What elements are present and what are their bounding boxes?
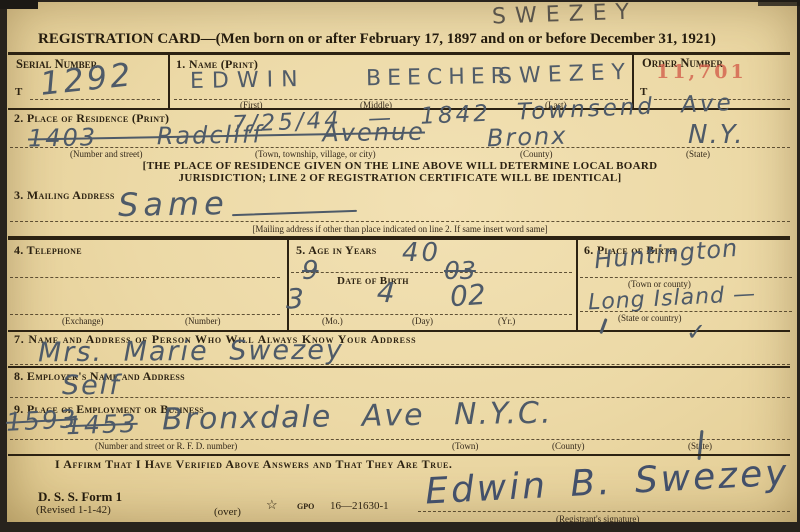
residence-sub-county: (County) — [520, 149, 553, 159]
birthplace-sub-state: (State or country) — [618, 313, 681, 323]
employment-corrected-number: 1453 — [66, 409, 139, 440]
dob-day: 4 — [376, 275, 396, 309]
residence-sub-town: (Town, township, village, or city) — [255, 149, 376, 159]
dob-sub-month: (Mo.) — [322, 316, 343, 326]
telephone-dotted-bottom — [10, 314, 280, 315]
dob-sub-year: (Yr.) — [498, 316, 515, 326]
board-note-line2: JURISDICTION; LINE 2 OF REGISTRATION CER… — [0, 172, 800, 184]
employment-sub-town: (Town) — [452, 441, 478, 451]
mailing-label: 3. Mailing Address — [14, 188, 115, 203]
name-middle-value: BEECHER — [366, 64, 512, 92]
residence-dotted-line — [10, 147, 790, 148]
residence-state: N.Y. — [688, 120, 745, 150]
telephone-sub-number: (Number) — [185, 316, 221, 326]
gpo-mark: GPO — [297, 502, 314, 511]
telephone-sub-exchange: (Exchange) — [62, 316, 103, 326]
employment-written-value: Bronxdale Ave N.Y.C. — [162, 396, 553, 438]
print-code: 16—21630-1 — [330, 500, 389, 512]
employment-sub-county: (County) — [552, 441, 585, 451]
scan-corner-topright — [758, 0, 800, 6]
employment-sub-street: (Number and street or R. F. D. number) — [95, 441, 237, 451]
age-dotted-bottom — [291, 314, 572, 315]
dob-label: Date of Birth — [337, 275, 409, 287]
telephone-dotted-mid — [10, 277, 280, 278]
residence-sub-street: (Number and street) — [70, 149, 142, 159]
scan-edge-bottom — [0, 522, 800, 532]
title-rule — [8, 52, 790, 55]
serial-prefix: T — [15, 86, 23, 98]
mailing-dotted-line — [10, 221, 790, 222]
mailing-written-value: Same — [118, 184, 229, 224]
dob-sub-day: (Day) — [412, 316, 433, 326]
dob-month: 3 — [286, 282, 304, 315]
pen-checkmark: ✓ — [686, 318, 706, 346]
mailing-sub-note: [Mailing address if other than place ind… — [0, 224, 800, 234]
form-number: D. S. S. Form 1 — [38, 489, 122, 505]
row9-rule — [8, 454, 790, 456]
over-note: (over) — [214, 506, 241, 518]
name-first-value: EDWIN — [190, 67, 306, 94]
card-title: REGISTRATION CARD—(Men born on or after … — [38, 31, 716, 48]
divider-age-birth — [576, 240, 578, 330]
age-written-value: 40 — [402, 238, 441, 268]
row7-rule — [8, 366, 790, 368]
name-last-value: SWEZEY — [498, 60, 633, 90]
affirmation-text: I Affirm That I Have Verified Above Answ… — [55, 457, 453, 472]
star-icon: ☆ — [266, 497, 278, 513]
birthplace-dotted-bottom — [580, 311, 792, 312]
divider-serial-name — [168, 55, 170, 108]
scan-corner-topleft — [0, 0, 38, 9]
scan-edge-left — [0, 0, 7, 532]
scanned-registration-card: SWEZEY REGISTRATION CARD—(Men born on or… — [0, 0, 800, 532]
scan-edge-top — [0, 0, 800, 2]
residence-sub-state: (State) — [686, 149, 710, 159]
contact-dotted-line — [10, 364, 790, 365]
dob-year: 02 — [449, 278, 487, 313]
birthplace-dotted-mid — [580, 277, 792, 278]
age-dotted-mid — [291, 272, 572, 273]
employment-dotted-line — [10, 439, 790, 440]
order-number-stamp: 11,701 — [656, 61, 747, 83]
dob-struck-month: 9 — [302, 256, 319, 286]
telephone-label: 4. Telephone — [14, 243, 82, 258]
signature-dotted-line — [418, 511, 790, 512]
form-revision: (Revised 1-1-42) — [36, 504, 111, 516]
handwritten-surname: SWEZEY — [492, 0, 639, 30]
board-note-line1: [THE PLACE OF RESIDENCE GIVEN ON THE LIN… — [0, 160, 800, 172]
signature-sub-label: (Registrant's signature) — [556, 514, 639, 524]
